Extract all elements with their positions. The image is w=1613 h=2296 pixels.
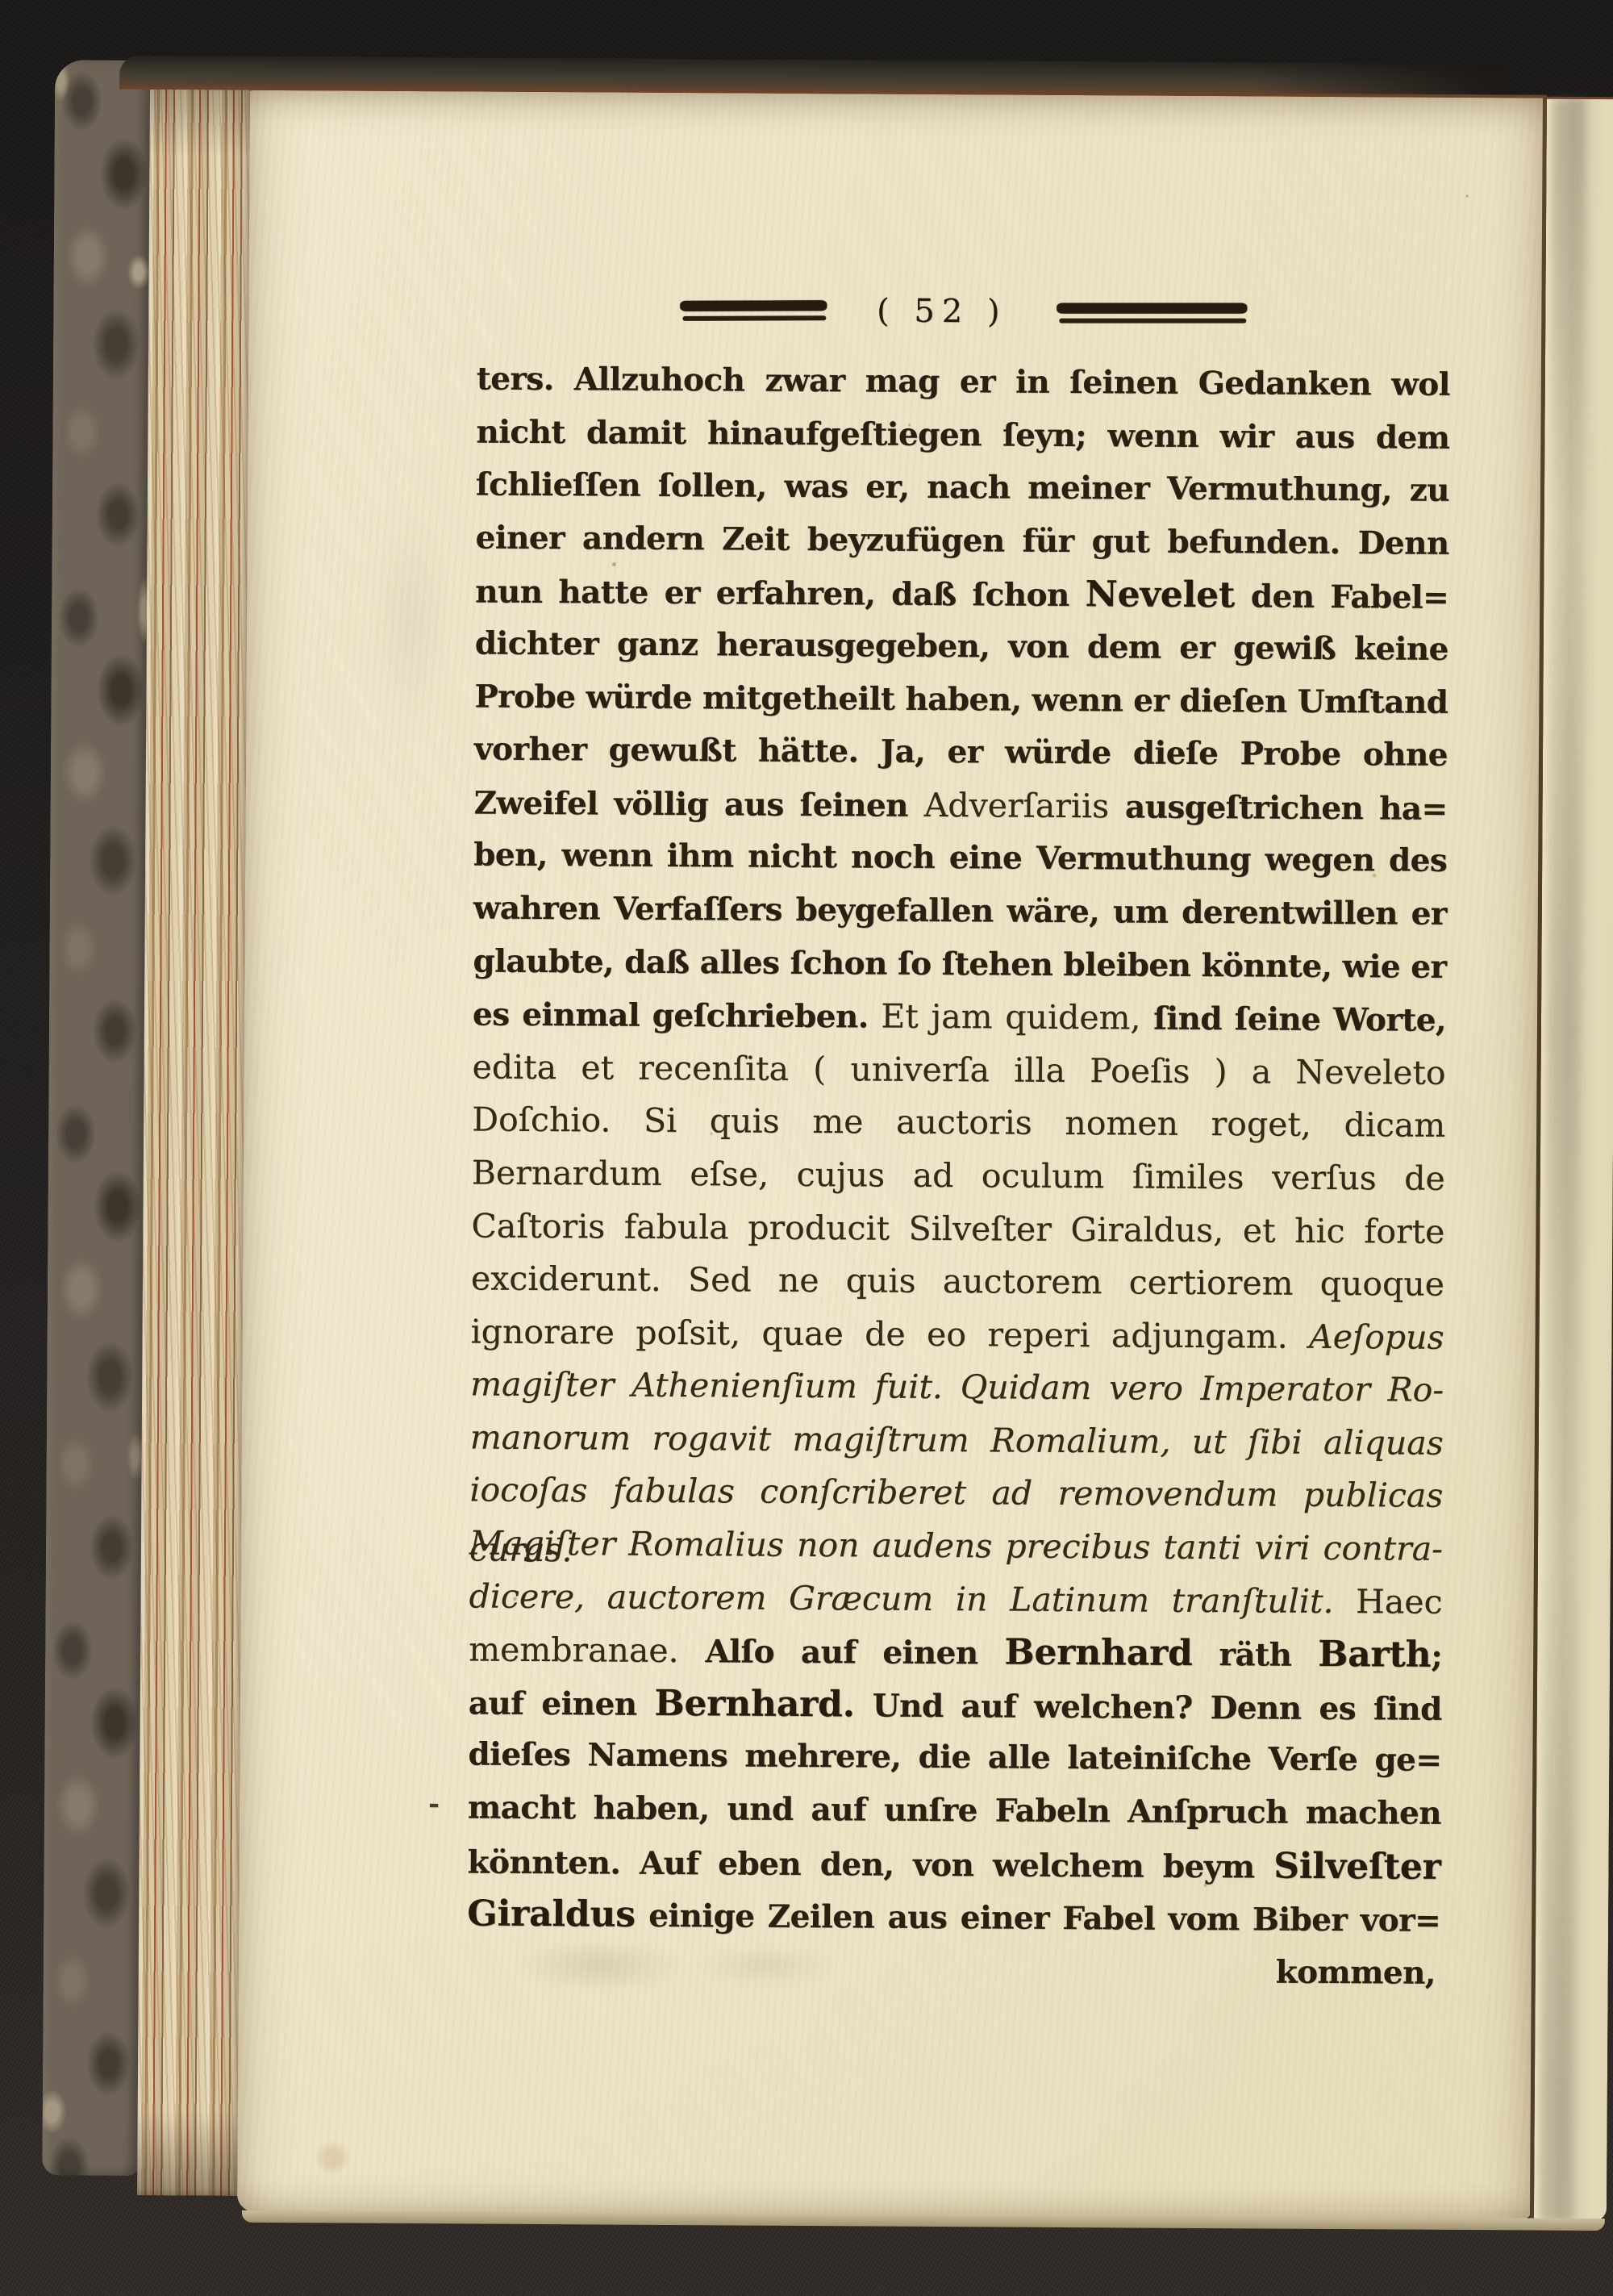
text-line: Magiſter Romalius non audens precibus ta… bbox=[469, 1517, 1443, 1576]
text-segment: Adverſariis bbox=[924, 786, 1110, 825]
text-segment: ſchlieſſen ſollen, was er, nach meiner V… bbox=[476, 466, 1449, 509]
text-line: könnten. Auf eben den, von welchem beym … bbox=[467, 1835, 1440, 1893]
text-segment: es einmal geſchrieben. bbox=[473, 996, 882, 1036]
text-line: dicere, auctorem Græcum in Latinum tranſ… bbox=[469, 1570, 1442, 1629]
text-segment: ignorare poſsit, quae de eo reperi adjun… bbox=[470, 1312, 1309, 1355]
text-line: Probe würde mitgetheilt haben, wenn er d… bbox=[474, 670, 1448, 729]
text-segment: dieſes Namens mehrere, die alle lateiniſ… bbox=[468, 1736, 1441, 1779]
text-line: Bernardum eſse, cujus ad oculum ſimiles … bbox=[472, 1146, 1445, 1205]
text-segment: auf einen bbox=[469, 1684, 655, 1722]
text-segment: ſind ſeine Worte, bbox=[1140, 1000, 1446, 1039]
text-segment: Zweifel völlig aus ſeinen bbox=[473, 784, 923, 824]
text-segment: ben, wenn ihm nicht noch eine Vermuthung… bbox=[473, 837, 1447, 879]
page-edges-stack bbox=[137, 72, 252, 2196]
text-line: Caſtoris fabula producit Silveſter Giral… bbox=[471, 1200, 1444, 1259]
text-line: vorher gewußt hätte. Ja, er würde dieſe … bbox=[474, 724, 1448, 783]
text-line: exciderunt. Sed ne quis auctorem certior… bbox=[471, 1253, 1444, 1312]
text-segment: Probe würde mitgetheilt haben, wenn er d… bbox=[474, 678, 1448, 720]
text-segment: Silveſter bbox=[1273, 1845, 1441, 1887]
text-line: glaubte, daß alles ſchon ſo ſtehen bleib… bbox=[473, 935, 1446, 994]
text-segment: dicere, auctorem Græcum in Latinum tranſ… bbox=[469, 1576, 1356, 1621]
text-line: edita et recenſita ( univerſa illa Poeſi… bbox=[472, 1041, 1445, 1100]
text-segment: ausgeſtrichen ha= bbox=[1109, 788, 1448, 828]
text-line: iocoſas fabulas conſcriberet ad removend… bbox=[469, 1464, 1443, 1523]
text-segment: dichter ganz herausgegeben, von dem er g… bbox=[475, 624, 1448, 667]
text-segment: Und auf welchen? Denn es ſind bbox=[855, 1687, 1442, 1727]
photo-background: { "document": { "type": "scanned-book-pa… bbox=[0, 0, 1613, 2296]
text-segment: Giraldus bbox=[467, 1893, 636, 1935]
text-segment: manorum rogavit magiſtrum Romalium, ut ſ… bbox=[470, 1417, 1444, 1462]
text-line: auf einen Bernhard. Und auf welchen? Den… bbox=[469, 1676, 1442, 1735]
margin-mark: - bbox=[428, 1777, 440, 1831]
text-line: nicht damit hinaufgeſtiegen ſeyn; wenn w… bbox=[476, 406, 1449, 465]
text-segment: nicht damit hinaufgeſtiegen ſeyn; wenn w… bbox=[476, 413, 1449, 456]
text-line: ben, wenn ihm nicht noch eine Vermuthung… bbox=[473, 829, 1447, 888]
text-line: dichter ganz herausgegeben, von dem er g… bbox=[475, 617, 1448, 676]
text-segment: nun hatte er erfahren, daß ſchon bbox=[475, 574, 1086, 615]
text-segment: Nevelet bbox=[1085, 574, 1235, 616]
text-segment: Alſo auf einen bbox=[705, 1633, 1004, 1672]
text-segment: macht haben, und auf unſre Fabeln Anſpru… bbox=[468, 1789, 1441, 1831]
text-segment: glaubte, daß alles ſchon ſo ſtehen bleib… bbox=[473, 942, 1446, 985]
text-line: wahren Verfaſſers beygefallen wäre, um d… bbox=[473, 882, 1447, 941]
text-line: magiſter Athenienſium fuit. Quidam vero … bbox=[470, 1359, 1444, 1417]
text-segment: einige Zeilen aus einer Fabel vom Biber … bbox=[636, 1897, 1441, 1939]
text-line: ſchlieſſen ſollen, was er, nach meiner V… bbox=[476, 459, 1449, 518]
text-line: Doſchio. Si quis me auctoris nomen roget… bbox=[472, 1094, 1445, 1153]
text-line: Giraldus einige Zeilen aus einer Fabel v… bbox=[467, 1888, 1440, 1947]
text-segment: vorher gewußt hätte. Ja, er würde dieſe … bbox=[474, 731, 1448, 774]
text-line: ignorare poſsit, quae de eo reperi adjun… bbox=[470, 1305, 1444, 1364]
text-segment: Barth bbox=[1318, 1634, 1432, 1676]
text-segment: Bernardum eſse, cujus ad oculum ſimiles … bbox=[472, 1153, 1445, 1197]
text-block: ters. Allzuhoch zwar mag er in ſeinen Ge… bbox=[467, 353, 1450, 1999]
text-line: ters. Allzuhoch zwar mag er in ſeinen Ge… bbox=[477, 353, 1450, 411]
text-line: einer andern Zeit beyzufügen für gut bef… bbox=[475, 511, 1448, 570]
text-segment: wahren Verfaſſers beygefallen wäre, um d… bbox=[473, 889, 1447, 932]
text-segment: Aeſopus bbox=[1309, 1317, 1444, 1356]
text-line: membranae. Alſo auf einen Bernhard räth … bbox=[469, 1623, 1442, 1682]
text-segment: Haec bbox=[1356, 1582, 1443, 1622]
text-segment: Bernhard. bbox=[654, 1683, 855, 1726]
text-segment: Magiſter Romalius non audens precibus ta… bbox=[469, 1524, 1443, 1568]
page-number: ( 52 ) bbox=[877, 293, 1007, 331]
catchword: kommen, bbox=[467, 1940, 1440, 1999]
text-segment: edita et recenſita ( univerſa illa Poeſi… bbox=[472, 1047, 1445, 1092]
book: ( 52 ) - ters. Allzuhoch zwar mag er in … bbox=[0, 0, 1613, 2296]
ornamental-rule-left bbox=[680, 300, 827, 321]
text-segment: exciderunt. Sed ne quis auctorem certior… bbox=[471, 1259, 1444, 1304]
text-line: manorum rogavit magiſtrum Romalium, ut ſ… bbox=[470, 1411, 1444, 1470]
text-segment: Bernhard bbox=[1004, 1632, 1193, 1674]
text-line: Zweifel völlig aus ſeinen Adverſariis au… bbox=[473, 776, 1447, 835]
text-line: es einmal geſchrieben. Et jam quidem, ſi… bbox=[473, 988, 1446, 1047]
text-segment: Doſchio. Si quis me auctoris nomen roget… bbox=[472, 1100, 1445, 1145]
underlying-page-edge bbox=[1534, 97, 1613, 2222]
text-line: dieſes Namens mehrere, die alle lateiniſ… bbox=[468, 1729, 1441, 1788]
text-segment: räth bbox=[1192, 1636, 1318, 1674]
ornamental-rule-right bbox=[1057, 303, 1248, 323]
text-segment: könnten. Auf eben den, von welchem beym bbox=[467, 1843, 1273, 1885]
text-segment: ters. Allzuhoch zwar mag er in ſeinen Ge… bbox=[477, 360, 1450, 403]
text-segment: kommen, bbox=[1276, 1953, 1436, 1991]
text-segment: Et jam quidem, bbox=[881, 997, 1140, 1037]
text-line: macht haben, und auf unſre Fabeln Anſpru… bbox=[468, 1781, 1441, 1840]
text-segment: den Fabel= bbox=[1235, 578, 1448, 617]
page-header: ( 52 ) bbox=[477, 288, 1450, 334]
text-segment: Caſtoris fabula producit Silveſter Giral… bbox=[471, 1206, 1444, 1250]
book-cover-edge bbox=[42, 60, 152, 2176]
text-line: nun hatte er erfahren, daß ſchon Nevelet… bbox=[475, 565, 1448, 624]
text-segment: ; bbox=[1431, 1638, 1442, 1675]
text-segment: magiſter Athenienſium fuit. Quidam vero … bbox=[470, 1365, 1444, 1409]
text-segment: einer andern Zeit beyzufügen für gut bef… bbox=[475, 519, 1448, 561]
text-segment: membranae. bbox=[469, 1630, 706, 1671]
